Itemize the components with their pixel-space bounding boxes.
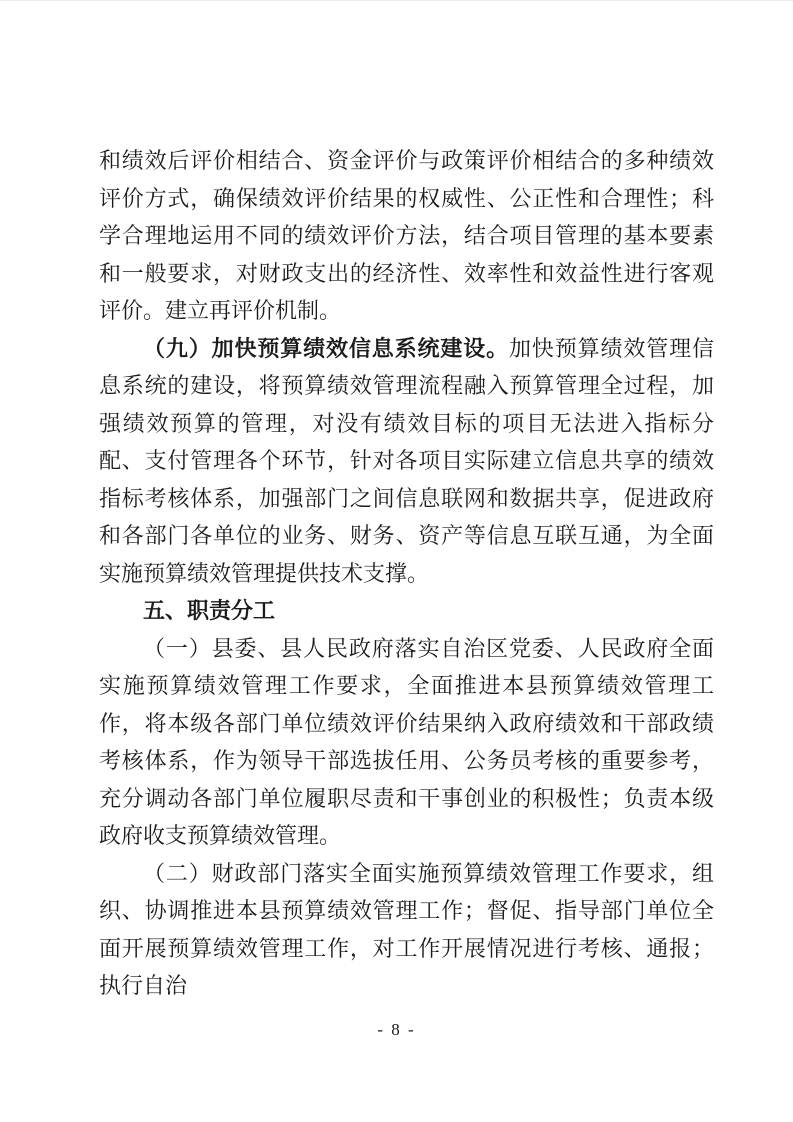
- paragraph-item-nine: （九）加快预算绩效信息系统建设。加快预算绩效管理信息系统的建设，将预算绩效管理流…: [99, 330, 714, 593]
- item-nine-body-text: 加快预算绩效管理信息系统的建设，将预算绩效管理流程融入预算管理全过程，加强绩效预…: [99, 336, 714, 586]
- paragraph-evaluation-methods: 和绩效后评价相结合、资金评价与政策评价相结合的多种绩效评价方式，确保绩效评价结果…: [99, 142, 714, 330]
- paragraph-item-one: （一）县委、县人民政府落实自治区党委、人民政府全面实施预算绩效管理工作要求，全面…: [99, 630, 714, 855]
- document-page: 和绩效后评价相结合、资金评价与政策评价相结合的多种绩效评价方式，确保绩效评价结果…: [0, 0, 793, 1122]
- page-number: - 8 -: [0, 1020, 793, 1040]
- item-nine-lead-heading: （九）加快预算绩效信息系统建设。: [143, 336, 509, 361]
- paragraph-item-two: （二）财政部门落实全面实施预算绩效管理工作要求，组织、协调推进本县预算绩效管理工…: [99, 855, 714, 1005]
- document-body: 和绩效后评价相结合、资金评价与政策评价相结合的多种绩效评价方式，确保绩效评价结果…: [99, 142, 714, 1005]
- section-heading-duties: 五、职责分工: [99, 592, 714, 630]
